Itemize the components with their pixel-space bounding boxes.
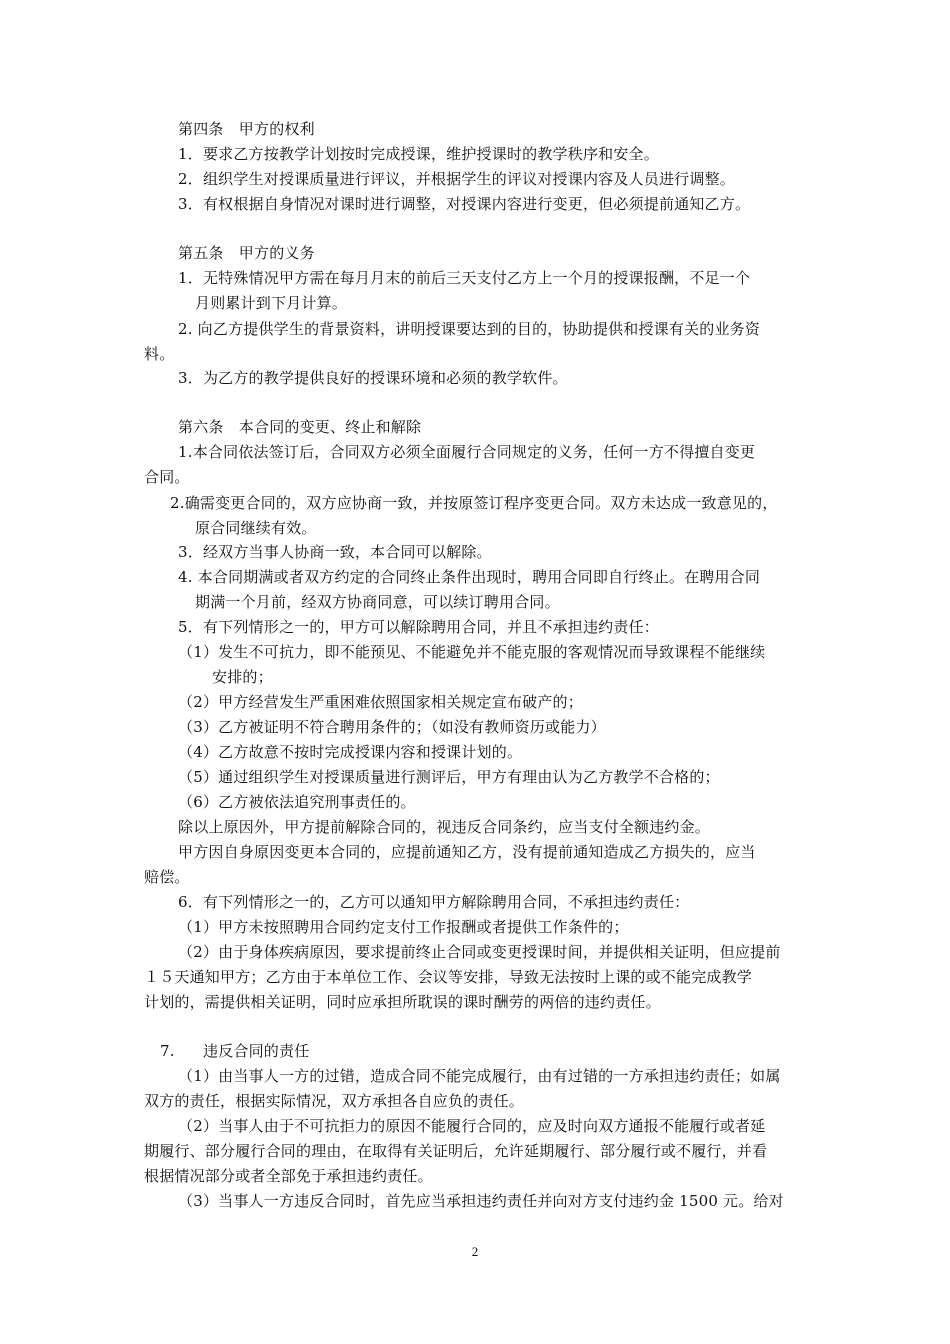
paragraph-line: （4）乙方故意不按时完成授课内容和授课计划的。 xyxy=(178,743,522,761)
paragraph-line: 原合同继续有效。 xyxy=(195,519,317,537)
paragraph-line: （2）由于身体疾病原因，要求提前终止合同或变更授课时间，并提供相关证明，但应提前 xyxy=(178,943,781,961)
paragraph-line: （5）通过组织学生对授课质量进行测评后，甲方有理由认为乙方教学不合格的； xyxy=(178,768,720,786)
document-page: 第四条 甲方的权利 1．要求乙方按教学计划按时完成授课，维护授课时的教学秩序和安… xyxy=(0,0,950,1344)
paragraph-line: 2. 向乙方提供学生的背景资料，讲明授课要达到的目的，协助提供和授课有关的业务资 xyxy=(178,320,760,338)
page-number: 2 xyxy=(0,1244,950,1260)
paragraph-line: 2．组织学生对授课质量进行评议，并根据学生的评议对授课内容及人员进行调整。 xyxy=(178,170,735,188)
paragraph-line: 3．经双方当事人协商一致，本合同可以解除。 xyxy=(178,543,492,561)
paragraph-line: １５天通知甲方；乙方由于本单位工作、会议等安排，导致无法按时上课的或不能完成教学 xyxy=(144,968,752,986)
paragraph-line: 计划的，需提供相关证明，同时应承担所耽误的课时酬劳的两倍的违约责任。 xyxy=(144,993,661,1011)
paragraph-line: 6．有下列情形之一的，乙方可以通知甲方解除聘用合同，不承担违约责任： xyxy=(178,893,689,911)
paragraph-line: 赔偿。 xyxy=(144,868,190,886)
paragraph-line: （2）甲方经营发生严重困难依照国家相关规定宣布破产的； xyxy=(178,693,583,711)
paragraph-line: 合同。 xyxy=(144,468,190,486)
paragraph-line: 期履行、部分履行合同的理由，在取得有关证明后，允许延期履行、部分履行或不履行，并… xyxy=(144,1142,767,1160)
section-heading-6: 第六条 本合同的变更、终止和解除 xyxy=(178,418,421,436)
paragraph-line: （2）当事人由于不可抗拒力的原因不能履行合同的，应及时向双方通报不能履行或者延 xyxy=(178,1117,765,1135)
section-heading-4: 第四条 甲方的权利 xyxy=(178,120,315,138)
section-heading-7-number: 7. xyxy=(160,1042,175,1060)
paragraph-line: （1）由当事人一方的过错，造成合同不能完成履行，由有过错的一方承担违约责任；如属 xyxy=(178,1067,781,1085)
paragraph-line: 1．无特殊情况甲方需在每月月末的前后三天支付乙方上一个月的授课报酬，不足一个 xyxy=(178,269,750,287)
paragraph-line: 期满一个月前，经双方协商同意，可以续订聘用合同。 xyxy=(195,593,560,611)
section-heading-5: 第五条 甲方的义务 xyxy=(178,244,315,262)
paragraph-line: 安排的； xyxy=(212,668,273,686)
paragraph-line: 根据情况部分或者全部免于承担违约责任。 xyxy=(144,1167,433,1185)
paragraph-line: （6）乙方被依法追究刑事责任的。 xyxy=(178,793,416,811)
paragraph-line: 3．有权根据自身情况对课时进行调整，对授课内容进行变更，但必须提前通知乙方。 xyxy=(178,195,750,213)
paragraph-line: 5．有下列情形之一的，甲方可以解除聘用合同，并且不承担违约责任： xyxy=(178,618,659,636)
paragraph-line: 除以上原因外，甲方提前解除合同的，视违反合同条约，应当支付全额违约金。 xyxy=(178,818,710,836)
paragraph-line: 3．为乙方的教学提供良好的授课环境和必须的教学软件。 xyxy=(178,369,568,387)
paragraph-line: 料。 xyxy=(144,345,174,363)
paragraph-line: 月则累计到下月计算。 xyxy=(195,294,347,312)
paragraph-line: （3）乙方被证明不符合聘用条件的；（如没有教师资历或能力） xyxy=(178,718,606,736)
paragraph-line: 甲方因自身原因变更本合同的，应提前通知乙方，没有提前通知造成乙方损失的，应当 xyxy=(178,843,756,861)
paragraph-line: 1.本合同依法签订后，合同双方必须全面履行合同规定的义务，任何一方不得擅自变更 xyxy=(178,443,755,461)
paragraph-line: 1．要求乙方按教学计划按时完成授课，维护授课时的教学秩序和安全。 xyxy=(178,145,659,163)
paragraph-line: （1）甲方未按照聘用合同约定支付工作报酬或者提供工作条件的； xyxy=(178,918,629,936)
section-heading-7: 违反合同的责任 xyxy=(203,1042,309,1060)
paragraph-line: 2.确需变更合同的，双方应协商一致，并按原签订程序变更合同。双方未达成一致意见的… xyxy=(170,494,778,512)
paragraph-line: 4. 本合同期满或者双方约定的合同终止条件出现时，聘用合同即自行终止。在聘用合同 xyxy=(178,568,760,586)
paragraph-line: （3）当事人一方违反合同时，首先应当承担违约责任并向对方支付违约金 1500 元… xyxy=(178,1192,784,1210)
paragraph-line: （1）发生不可抗力，即不能预见、不能避免并不能克服的客观情况而导致课程不能继续 xyxy=(178,643,765,661)
paragraph-line: 双方的责任，根据实际情况，双方承担各自应负的责任。 xyxy=(144,1092,524,1110)
